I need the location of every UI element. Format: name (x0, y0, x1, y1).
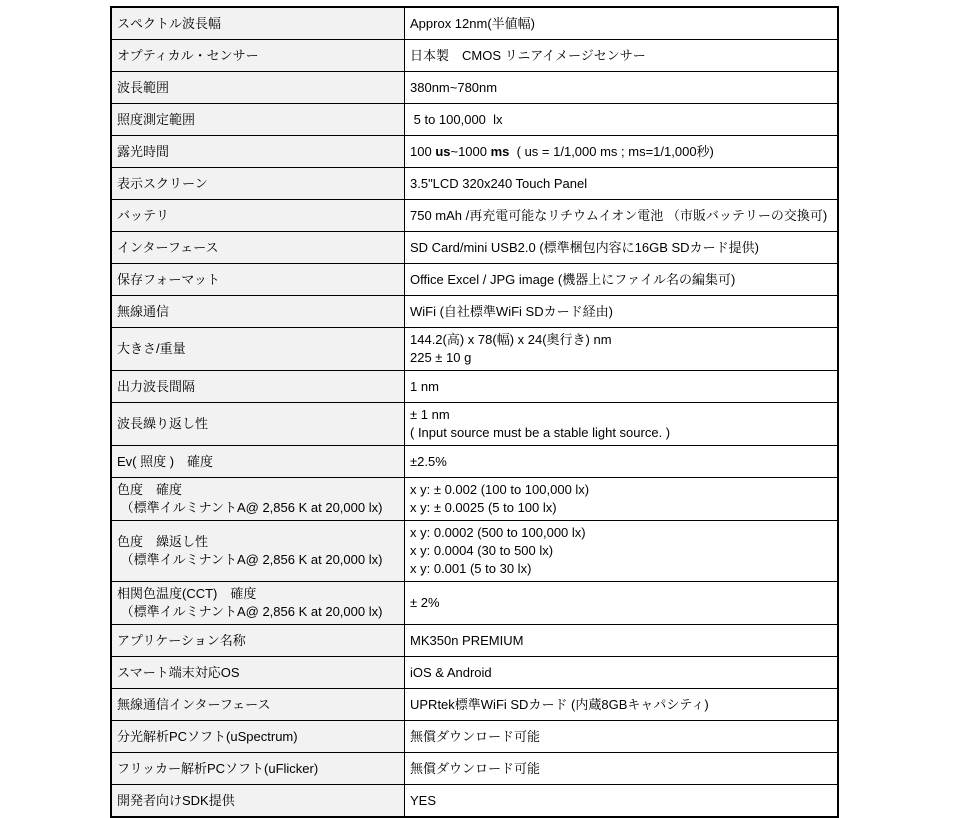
spec-value-text: 5 to 100,000 lx (410, 112, 503, 127)
spec-label-line: バッテリ (117, 207, 400, 225)
spec-label: 相関色温度(CCT) 確度 （標準イルミナントA@ 2,856 K at 20,… (111, 582, 405, 625)
spec-value-line: UPRtek標準WiFi SDカード (内蔵8GBキャパシティ) (410, 696, 833, 714)
spec-value-line: 3.5"LCD 320x240 Touch Panel (410, 175, 833, 193)
spec-label: 出力波長間隔 (111, 371, 405, 403)
spec-value: MK350n PREMIUM (405, 625, 839, 657)
spec-value-line: 無償ダウンロード可能 (410, 760, 833, 778)
spec-value-text: iOS & Android (410, 665, 492, 680)
spec-value: 1 nm (405, 371, 839, 403)
spec-label: 保存フォーマット (111, 264, 405, 296)
spec-label-line: 色度 繰返し性 (117, 533, 400, 551)
spec-value-text: 144.2(高) x 78(幅) x 24(奥行き) nm (410, 332, 612, 347)
spec-value: 日本製 CMOS リニアイメージセンサー (405, 40, 839, 72)
table-row: オプティカル・センサー日本製 CMOS リニアイメージセンサー (111, 40, 838, 72)
spec-value-line: iOS & Android (410, 664, 833, 682)
spec-label-line: 照度測定範囲 (117, 111, 400, 129)
spec-value: 5 to 100,000 lx (405, 104, 839, 136)
spec-value-line: WiFi (自社標準WiFi SDカード経由) (410, 303, 833, 321)
spec-label: スペクトル波長幅 (111, 7, 405, 40)
spec-label: 露光時間 (111, 136, 405, 168)
spec-label: 大きさ/重量 (111, 328, 405, 371)
table-row: 表示スクリーン3.5"LCD 320x240 Touch Panel (111, 168, 838, 200)
table-row: フリッカー解析PCソフト(uFlicker)無償ダウンロード可能 (111, 753, 838, 785)
table-row: 相関色温度(CCT) 確度 （標準イルミナントA@ 2,856 K at 20,… (111, 582, 838, 625)
spec-value-line: 750 mAh /再充電可能なリチウムイオン電池 （市販バッテリーの交換可) (410, 207, 833, 225)
spec-value-line: x y: 0.0004 (30 to 500 lx) (410, 542, 833, 560)
table-row: バッテリ750 mAh /再充電可能なリチウムイオン電池 （市販バッテリーの交換… (111, 200, 838, 232)
spec-value-line: ± 1 nm (410, 406, 833, 424)
spec-label: スマート端末対応OS (111, 657, 405, 689)
spec-value-text: 無償ダウンロード可能 (410, 729, 540, 744)
spec-value-text: ±2.5% (410, 454, 447, 469)
spec-label: 色度 繰返し性 （標準イルミナントA@ 2,856 K at 20,000 lx… (111, 521, 405, 582)
spec-label-line: （標準イルミナントA@ 2,856 K at 20,000 lx) (117, 603, 400, 621)
table-row: 分光解析PCソフト(uSpectrum)無償ダウンロード可能 (111, 721, 838, 753)
spec-value-text: 380nm~780nm (410, 80, 497, 95)
table-row: 保存フォーマットOffice Excel / JPG image (機器上にファ… (111, 264, 838, 296)
spec-value-line: 225 ± 10 g (410, 349, 833, 367)
spec-value-text: ~1000 (450, 144, 490, 159)
spec-label-line: オプティカル・センサー (117, 47, 400, 65)
spec-label: フリッカー解析PCソフト(uFlicker) (111, 753, 405, 785)
table-row: 露光時間100 us~1000 ms ( us = 1/1,000 ms ; m… (111, 136, 838, 168)
spec-sheet: スペクトル波長幅Approx 12nm(半値幅)オプティカル・センサー日本製 C… (110, 6, 839, 818)
spec-label-line: アプリケーション名称 (117, 632, 400, 650)
spec-label-line: 相関色温度(CCT) 確度 (117, 585, 400, 603)
spec-value-text: ( Input source must be a stable light so… (410, 425, 670, 440)
spec-value: UPRtek標準WiFi SDカード (内蔵8GBキャパシティ) (405, 689, 839, 721)
spec-value-text: ( us = 1/1,000 ms ; ms=1/1,000秒) (509, 144, 713, 159)
spec-value: 無償ダウンロード可能 (405, 753, 839, 785)
spec-value: SD Card/mini USB2.0 (標準梱包内容に16GB SDカード提供… (405, 232, 839, 264)
spec-value: YES (405, 785, 839, 818)
spec-value-text: 無償ダウンロード可能 (410, 761, 540, 776)
table-row: 大きさ/重量144.2(高) x 78(幅) x 24(奥行き) nm225 ±… (111, 328, 838, 371)
spec-value: 100 us~1000 ms ( us = 1/1,000 ms ; ms=1/… (405, 136, 839, 168)
spec-value-line: ± 2% (410, 594, 833, 612)
spec-value: x y: 0.0002 (500 to 100,000 lx)x y: 0.00… (405, 521, 839, 582)
spec-value-text: ms (491, 144, 510, 159)
spec-value-text: ± 1 nm (410, 407, 450, 422)
spec-value-text: x y: 0.0004 (30 to 500 lx) (410, 543, 553, 558)
spec-label: オプティカル・センサー (111, 40, 405, 72)
spec-label: 分光解析PCソフト(uSpectrum) (111, 721, 405, 753)
spec-value: ± 1 nm( Input source must be a stable li… (405, 403, 839, 446)
spec-label-line: 色度 確度 (117, 481, 400, 499)
spec-value-text: x y: 0.0002 (500 to 100,000 lx) (410, 525, 586, 540)
spec-value-text: 3.5"LCD 320x240 Touch Panel (410, 176, 587, 191)
spec-value-text: x y: ± 0.002 (100 to 100,000 lx) (410, 482, 589, 497)
spec-label-line: 波長繰り返し性 (117, 415, 400, 433)
table-row: Ev( 照度 ) 確度±2.5% (111, 446, 838, 478)
spec-value-text: Approx 12nm(半値幅) (410, 16, 535, 31)
spec-label-line: スマート端末対応OS (117, 664, 400, 682)
spec-value-text: 225 ± 10 g (410, 350, 471, 365)
table-row: 波長範囲380nm~780nm (111, 72, 838, 104)
spec-value-line: 5 to 100,000 lx (410, 111, 833, 129)
spec-value-line: ±2.5% (410, 453, 833, 471)
table-row: 無線通信WiFi (自社標準WiFi SDカード経由) (111, 296, 838, 328)
table-row: インターフェースSD Card/mini USB2.0 (標準梱包内容に16GB… (111, 232, 838, 264)
spec-value-line: x y: ± 0.002 (100 to 100,000 lx) (410, 481, 833, 499)
spec-value-line: SD Card/mini USB2.0 (標準梱包内容に16GB SDカード提供… (410, 239, 833, 257)
table-row: 無線通信インターフェースUPRtek標準WiFi SDカード (内蔵8GBキャパ… (111, 689, 838, 721)
spec-label-line: 無線通信 (117, 303, 400, 321)
spec-value: 750 mAh /再充電可能なリチウムイオン電池 （市販バッテリーの交換可) (405, 200, 839, 232)
spec-label-line: インターフェース (117, 239, 400, 257)
spec-value-text: x y: ± 0.0025 (5 to 100 lx) (410, 500, 557, 515)
spec-label: Ev( 照度 ) 確度 (111, 446, 405, 478)
spec-value: iOS & Android (405, 657, 839, 689)
spec-value-line: x y: ± 0.0025 (5 to 100 lx) (410, 499, 833, 517)
spec-label-line: Ev( 照度 ) 確度 (117, 453, 400, 471)
spec-value: ± 2% (405, 582, 839, 625)
spec-value: Approx 12nm(半値幅) (405, 7, 839, 40)
spec-table: スペクトル波長幅Approx 12nm(半値幅)オプティカル・センサー日本製 C… (110, 6, 839, 818)
spec-value-line: 144.2(高) x 78(幅) x 24(奥行き) nm (410, 331, 833, 349)
spec-value-line: ( Input source must be a stable light so… (410, 424, 833, 442)
table-row: スペクトル波長幅Approx 12nm(半値幅) (111, 7, 838, 40)
spec-label-line: 保存フォーマット (117, 271, 400, 289)
spec-value-text: 1 nm (410, 379, 439, 394)
table-row: 波長繰り返し性± 1 nm( Input source must be a st… (111, 403, 838, 446)
spec-value-line: Office Excel / JPG image (機器上にファイル名の編集可) (410, 271, 833, 289)
spec-value: x y: ± 0.002 (100 to 100,000 lx)x y: ± 0… (405, 478, 839, 521)
spec-value: ±2.5% (405, 446, 839, 478)
spec-value-line: 1 nm (410, 378, 833, 396)
spec-label: 波長繰り返し性 (111, 403, 405, 446)
spec-value-line: x y: 0.001 (5 to 30 lx) (410, 560, 833, 578)
spec-value-text: 日本製 CMOS リニアイメージセンサー (410, 48, 646, 63)
spec-value-line: 380nm~780nm (410, 79, 833, 97)
spec-value-text: YES (410, 793, 436, 808)
spec-value-line: x y: 0.0002 (500 to 100,000 lx) (410, 524, 833, 542)
spec-label: 無線通信インターフェース (111, 689, 405, 721)
spec-label: 波長範囲 (111, 72, 405, 104)
spec-value-text: 750 mAh /再充電可能なリチウムイオン電池 （市販バッテリーの交換可) (410, 208, 827, 223)
spec-value-line: YES (410, 792, 833, 810)
spec-value-text: us (435, 144, 450, 159)
spec-label-line: 開発者向けSDK提供 (117, 792, 400, 810)
table-row: 照度測定範囲 5 to 100,000 lx (111, 104, 838, 136)
spec-value-text: UPRtek標準WiFi SDカード (内蔵8GBキャパシティ) (410, 697, 709, 712)
spec-value: WiFi (自社標準WiFi SDカード経由) (405, 296, 839, 328)
spec-label: アプリケーション名称 (111, 625, 405, 657)
spec-value-text: MK350n PREMIUM (410, 633, 523, 648)
spec-value-text: 100 (410, 144, 435, 159)
table-row: 色度 確度 （標準イルミナントA@ 2,856 K at 20,000 lx)x… (111, 478, 838, 521)
spec-label: バッテリ (111, 200, 405, 232)
table-row: 開発者向けSDK提供YES (111, 785, 838, 818)
spec-label-line: 露光時間 (117, 143, 400, 161)
spec-value-text: WiFi (自社標準WiFi SDカード経由) (410, 304, 613, 319)
spec-label-line: 波長範囲 (117, 79, 400, 97)
spec-label-line: 大きさ/重量 (117, 340, 400, 358)
table-row: 色度 繰返し性 （標準イルミナントA@ 2,856 K at 20,000 lx… (111, 521, 838, 582)
spec-value-line: 100 us~1000 ms ( us = 1/1,000 ms ; ms=1/… (410, 143, 833, 161)
table-row: アプリケーション名称MK350n PREMIUM (111, 625, 838, 657)
spec-value-line: 無償ダウンロード可能 (410, 728, 833, 746)
spec-label-line: 無線通信インターフェース (117, 696, 400, 714)
spec-value-line: Approx 12nm(半値幅) (410, 15, 833, 33)
spec-label-line: フリッカー解析PCソフト(uFlicker) (117, 760, 400, 778)
spec-value-text: x y: 0.001 (5 to 30 lx) (410, 561, 531, 576)
spec-value: 144.2(高) x 78(幅) x 24(奥行き) nm225 ± 10 g (405, 328, 839, 371)
table-row: 出力波長間隔1 nm (111, 371, 838, 403)
spec-value: Office Excel / JPG image (機器上にファイル名の編集可) (405, 264, 839, 296)
spec-label-line: 分光解析PCソフト(uSpectrum) (117, 728, 400, 746)
spec-label-line: （標準イルミナントA@ 2,856 K at 20,000 lx) (117, 499, 400, 517)
spec-label-line: （標準イルミナントA@ 2,856 K at 20,000 lx) (117, 551, 400, 569)
spec-label: 照度測定範囲 (111, 104, 405, 136)
spec-label-line: スペクトル波長幅 (117, 15, 400, 33)
spec-value-line: 日本製 CMOS リニアイメージセンサー (410, 47, 833, 65)
spec-label: 開発者向けSDK提供 (111, 785, 405, 818)
spec-label: 表示スクリーン (111, 168, 405, 200)
spec-value: 3.5"LCD 320x240 Touch Panel (405, 168, 839, 200)
spec-label: 色度 確度 （標準イルミナントA@ 2,856 K at 20,000 lx) (111, 478, 405, 521)
spec-table-body: スペクトル波長幅Approx 12nm(半値幅)オプティカル・センサー日本製 C… (111, 7, 838, 817)
spec-value-text: SD Card/mini USB2.0 (標準梱包内容に16GB SDカード提供… (410, 240, 759, 255)
spec-value-text: Office Excel / JPG image (機器上にファイル名の編集可) (410, 272, 735, 287)
spec-label: インターフェース (111, 232, 405, 264)
spec-value-line: MK350n PREMIUM (410, 632, 833, 650)
spec-value-text: ± 2% (410, 595, 440, 610)
spec-label: 無線通信 (111, 296, 405, 328)
spec-value: 無償ダウンロード可能 (405, 721, 839, 753)
table-row: スマート端末対応OSiOS & Android (111, 657, 838, 689)
spec-label-line: 表示スクリーン (117, 175, 400, 193)
spec-label-line: 出力波長間隔 (117, 378, 400, 396)
spec-value: 380nm~780nm (405, 72, 839, 104)
